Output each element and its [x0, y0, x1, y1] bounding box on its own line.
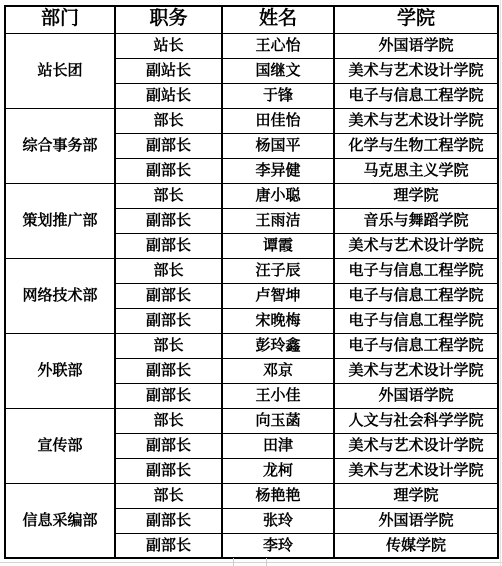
role-cell: 副部长: [115, 283, 222, 308]
role-cell: 副部长: [115, 358, 222, 383]
table-row: 信息采编部部长杨艳艳理学院: [5, 483, 498, 508]
header-role: 职务: [115, 6, 222, 33]
name-cell: 杨国平: [222, 133, 334, 158]
name-cell: 彭玲鑫: [222, 333, 334, 358]
role-cell: 副站长: [115, 83, 222, 108]
name-cell: 王心怡: [222, 33, 334, 58]
college-cell: 美术与艺术设计学院: [334, 58, 498, 83]
college-cell: 电子与信息工程学院: [334, 283, 498, 308]
college-cell: 美术与艺术设计学院: [334, 458, 498, 483]
college-cell: 美术与艺术设计学院: [334, 108, 498, 133]
name-cell: 王雨洁: [222, 208, 334, 233]
role-cell: 部长: [115, 408, 222, 433]
role-cell: 副部长: [115, 158, 222, 183]
name-cell: 邓京: [222, 358, 334, 383]
header-row: 部门 职务 姓名 学院: [5, 6, 498, 33]
department-roster-table: 部门 职务 姓名 学院 站长团站长王心怡外国语学院副站长国继文美术与艺术设计学院…: [4, 5, 499, 559]
department-cell: 信息采编部: [5, 483, 115, 558]
department-cell: 站长团: [5, 33, 115, 108]
name-cell: 王小佳: [222, 383, 334, 408]
college-cell: 理学院: [334, 483, 498, 508]
college-cell: 理学院: [334, 183, 498, 208]
college-cell: 电子与信息工程学院: [334, 258, 498, 283]
department-cell: 综合事务部: [5, 108, 115, 183]
college-cell: 马克思主义学院: [334, 158, 498, 183]
gridline-artifact-tick: [233, 558, 234, 566]
role-cell: 部长: [115, 258, 222, 283]
college-cell: 美术与艺术设计学院: [334, 233, 498, 258]
role-cell: 副站长: [115, 58, 222, 83]
college-cell: 人文与社会科学学院: [334, 408, 498, 433]
role-cell: 部长: [115, 108, 222, 133]
college-cell: 传媒学院: [334, 533, 498, 558]
role-cell: 副部长: [115, 458, 222, 483]
table-row: 站长团站长王心怡外国语学院: [5, 33, 498, 58]
college-cell: 化学与生物工程学院: [334, 133, 498, 158]
header-college: 学院: [334, 6, 498, 33]
role-cell: 副部长: [115, 508, 222, 533]
gridline-artifact-tick: [266, 558, 267, 566]
college-cell: 美术与艺术设计学院: [334, 358, 498, 383]
college-cell: 电子与信息工程学院: [334, 308, 498, 333]
name-cell: 田津: [222, 433, 334, 458]
role-cell: 副部长: [115, 233, 222, 258]
college-cell: 音乐与舞蹈学院: [334, 208, 498, 233]
gridline-artifact-right: [500, 0, 501, 566]
header-department: 部门: [5, 6, 115, 33]
role-cell: 副部长: [115, 433, 222, 458]
department-cell: 外联部: [5, 333, 115, 408]
role-cell: 部长: [115, 483, 222, 508]
name-cell: 向玉菡: [222, 408, 334, 433]
role-cell: 副部长: [115, 533, 222, 558]
table-row: 网络技术部部长汪子辰电子与信息工程学院: [5, 258, 498, 283]
gridline-artifact-bottom: [0, 562, 502, 563]
role-cell: 站长: [115, 33, 222, 58]
table-row: 外联部部长彭玲鑫电子与信息工程学院: [5, 333, 498, 358]
college-cell: 外国语学院: [334, 33, 498, 58]
table-row: 宣传部部长向玉菡人文与社会科学学院: [5, 408, 498, 433]
name-cell: 卢智坤: [222, 283, 334, 308]
role-cell: 部长: [115, 183, 222, 208]
name-cell: 唐小聪: [222, 183, 334, 208]
department-cell: 策划推广部: [5, 183, 115, 258]
name-cell: 宋晚梅: [222, 308, 334, 333]
department-cell: 网络技术部: [5, 258, 115, 333]
name-cell: 龙柯: [222, 458, 334, 483]
name-cell: 张玲: [222, 508, 334, 533]
name-cell: 田佳怡: [222, 108, 334, 133]
table-row: 策划推广部部长唐小聪理学院: [5, 183, 498, 208]
name-cell: 汪子辰: [222, 258, 334, 283]
role-cell: 副部长: [115, 208, 222, 233]
role-cell: 副部长: [115, 133, 222, 158]
table-row: 综合事务部部长田佳怡美术与艺术设计学院: [5, 108, 498, 133]
name-cell: 国继文: [222, 58, 334, 83]
name-cell: 李异健: [222, 158, 334, 183]
table-header: 部门 职务 姓名 学院: [5, 6, 498, 33]
name-cell: 杨艳艳: [222, 483, 334, 508]
role-cell: 副部长: [115, 383, 222, 408]
college-cell: 外国语学院: [334, 508, 498, 533]
page: 部门 职务 姓名 学院 站长团站长王心怡外国语学院副站长国继文美术与艺术设计学院…: [0, 0, 502, 566]
role-cell: 部长: [115, 333, 222, 358]
name-cell: 于锋: [222, 83, 334, 108]
role-cell: 副部长: [115, 308, 222, 333]
department-cell: 宣传部: [5, 408, 115, 483]
college-cell: 外国语学院: [334, 383, 498, 408]
header-name: 姓名: [222, 6, 334, 33]
table-body: 站长团站长王心怡外国语学院副站长国继文美术与艺术设计学院副站长于锋电子与信息工程…: [5, 33, 498, 558]
college-cell: 电子与信息工程学院: [334, 83, 498, 108]
name-cell: 谭霞: [222, 233, 334, 258]
name-cell: 李玲: [222, 533, 334, 558]
college-cell: 电子与信息工程学院: [334, 333, 498, 358]
college-cell: 美术与艺术设计学院: [334, 433, 498, 458]
